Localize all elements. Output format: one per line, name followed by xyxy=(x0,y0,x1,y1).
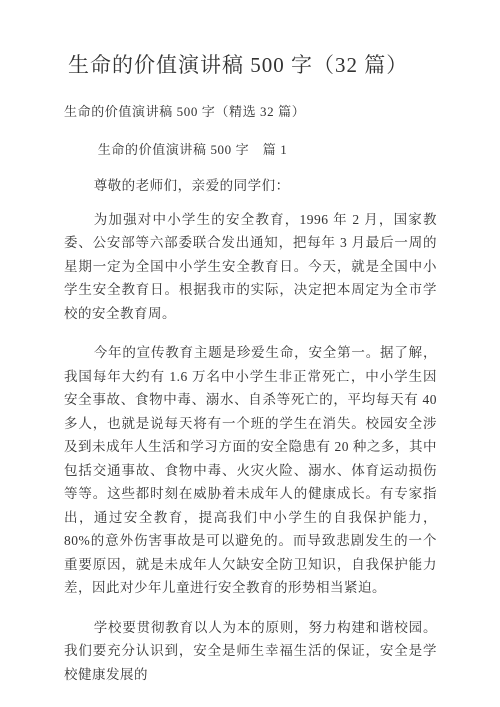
paragraph: 今年的宣传教育主题是珍爱生命，安全第一。据了解，我国每年大约有 1.6 万名中小… xyxy=(64,341,437,600)
document-subtitle: 生命的价值演讲稿 500 字（精选 32 篇） xyxy=(64,102,437,122)
document-body: 为加强对中小学生的安全教育，1996 年 2 月，国家教委、公安部等六部委联合发… xyxy=(64,208,437,687)
section-heading: 生命的价值演讲稿 500 字 篇 1 xyxy=(64,140,437,160)
document-title: 生命的价值演讲稿 500 字（32 篇） xyxy=(68,50,437,80)
paragraph: 为加强对中小学生的安全教育，1996 年 2 月，国家教委、公安部等六部委联合发… xyxy=(64,208,437,326)
document-page: 生命的价值演讲稿 500 字（32 篇） 生命的价值演讲稿 500 字（精选 3… xyxy=(0,0,500,707)
greeting-line: 尊敬的老师们，亲爱的同学们： xyxy=(64,174,437,198)
paragraph: 学校要贯彻教育以人为本的原则，努力构建和谐校园。我们要充分认识到，安全是师生幸福… xyxy=(64,616,437,687)
